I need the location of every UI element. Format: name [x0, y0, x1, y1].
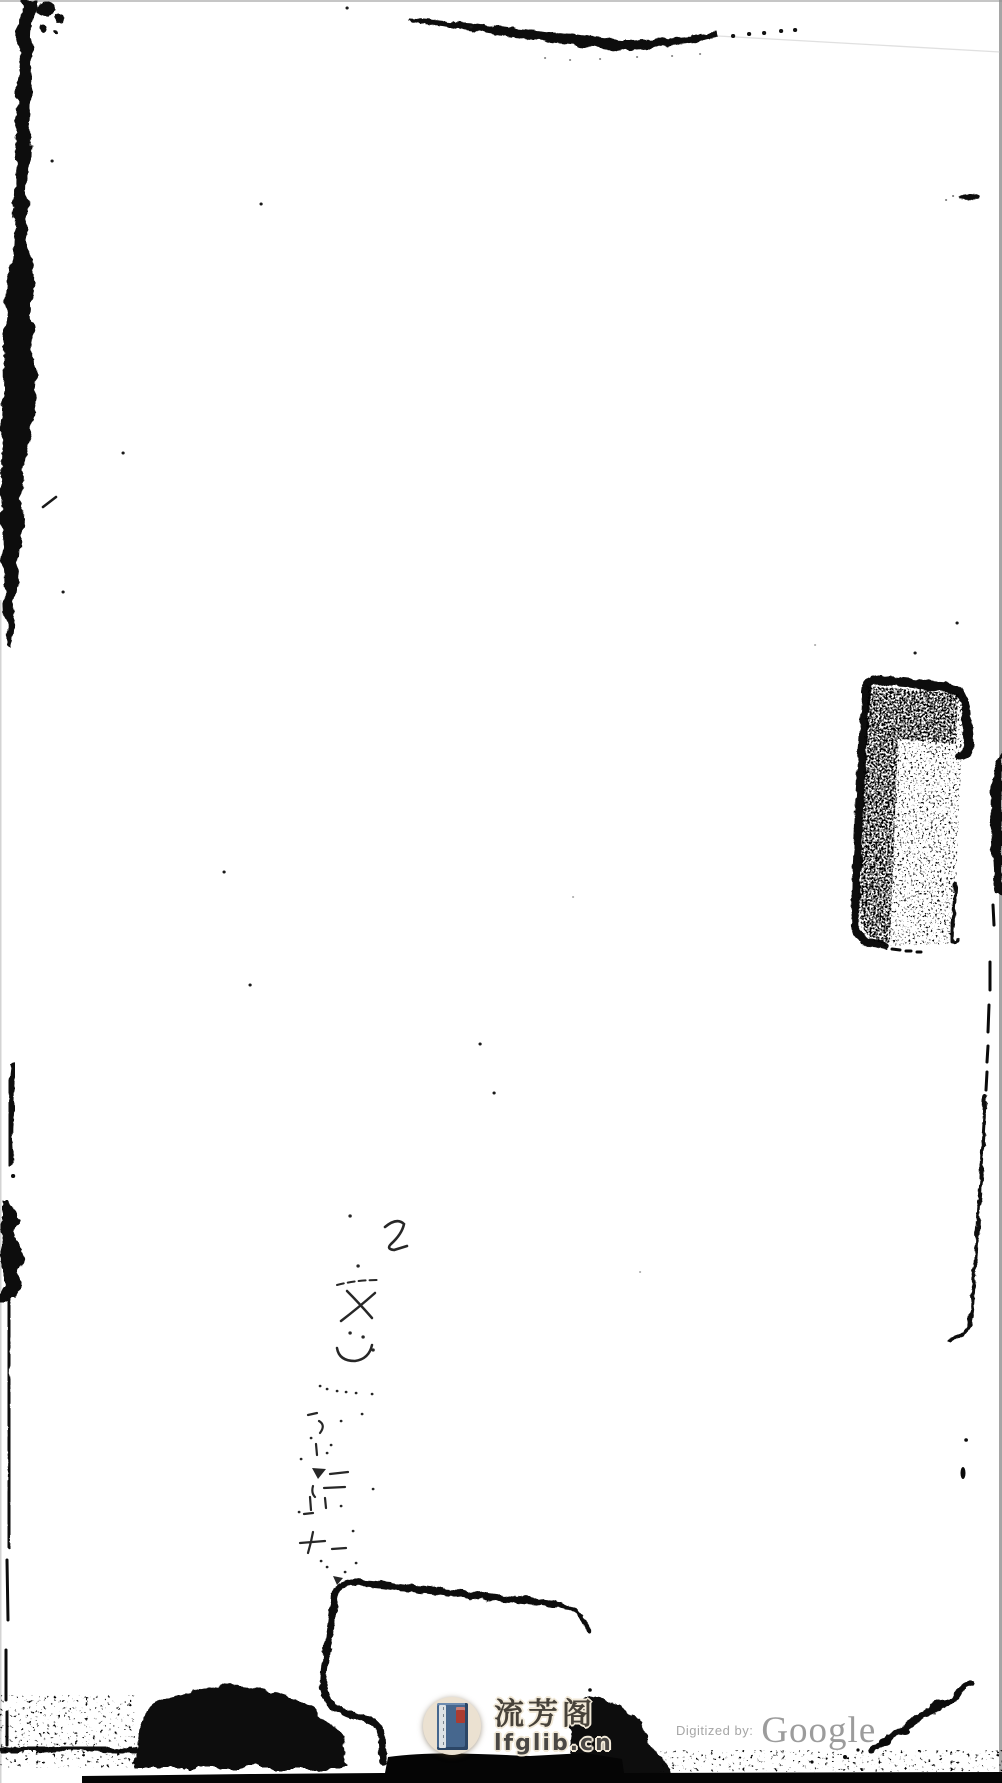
top-ink-swoosh [408, 18, 795, 60]
page-edge-lines [0, 0, 1002, 1783]
bottom-left-speckle [0, 1695, 135, 1768]
left-edge-line [0, 600, 2, 1783]
swoosh-trail-specks [733, 30, 795, 36]
smudge-shape [959, 194, 979, 200]
lfglib-watermark-text: 流芳阁 lfglib.cn [494, 1697, 613, 1755]
lfglib-watermark: 流芳阁 lfglib.cn [423, 1697, 613, 1755]
lfglib-site-url: lfglib.cn [494, 1733, 613, 1755]
google-watermark: Digitized by: Google [676, 1712, 876, 1749]
right-curved-ink-line [949, 1096, 985, 1479]
handwritten-characters [299, 1216, 407, 1585]
swoosh-shape [408, 18, 718, 51]
char-dots [350, 1216, 373, 1350]
char-you-stroke [385, 1221, 407, 1250]
left-thin-line [8, 1300, 10, 1548]
char-xin-hook [337, 1345, 372, 1361]
bottom-right-speckle [660, 1750, 1002, 1772]
upper-right-smudge [946, 194, 979, 200]
remnant-strokes [300, 1413, 348, 1553]
curved-line-blob [961, 1467, 966, 1479]
speck-dots [52, 8, 957, 1093]
right-bar-shape [991, 753, 1002, 895]
top-edge-line [0, 0, 1002, 2]
top-right-faint-crease [718, 36, 1000, 52]
bottom-left-mass [136, 1687, 348, 1768]
lfglib-badge-circle [423, 1697, 481, 1755]
library-stamp [855, 680, 969, 952]
left-stripe-splatter [37, 2, 64, 34]
left-middle-ink-marks [2, 1065, 22, 1745]
ink-specks [43, 8, 957, 1272]
lfglib-site-name: 流芳阁 [494, 1700, 613, 1730]
left-edge-ink-stripe [1, 0, 64, 650]
small-diagonal-tick [43, 497, 56, 507]
faint-dots [573, 645, 815, 1272]
book-icon [437, 1703, 468, 1750]
outline-top-edge [334, 1582, 555, 1604]
left-stripe-shape [1, 0, 37, 650]
left-blob [2, 1202, 22, 1300]
char-wen-top [337, 1280, 378, 1285]
left-streak [10, 1065, 14, 1163]
smudge-dots [946, 196, 953, 200]
book-stitching [443, 1707, 444, 1746]
stamp-bottom-dashes [892, 949, 921, 952]
google-logo: Google [761, 1712, 876, 1749]
digitized-by-label: Digitized by: [676, 1723, 753, 1738]
outline-right-hook [555, 1604, 589, 1631]
swoosh-under-specks [545, 54, 700, 60]
book-red-seal [456, 1707, 465, 1723]
ink-marks-layer [0, 0, 1002, 1783]
curved-line [949, 1096, 985, 1340]
right-edge-dashes [986, 905, 994, 1090]
scanned-page: 流芳阁 lfglib.cn Digitized by: Google [0, 0, 1002, 1783]
